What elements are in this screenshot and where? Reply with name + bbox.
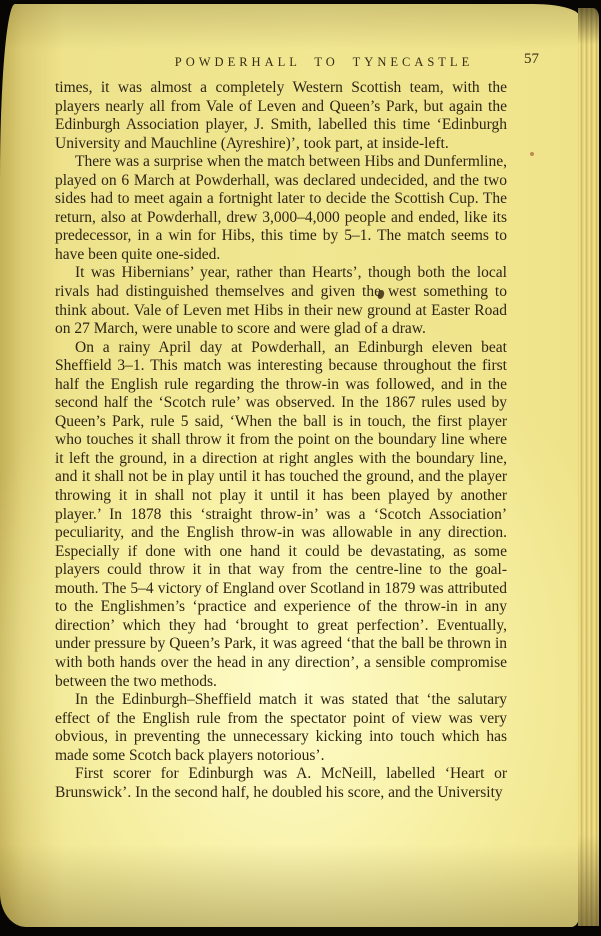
running-title: POWDERHALL TO TYNECASTLE (175, 55, 473, 69)
paragraph: First scorer for Edinburgh was A. McNeil… (55, 765, 507, 802)
paragraph: On a rainy April day at Powderhall, an E… (55, 339, 507, 691)
paragraph: It was Hibernians’ year, rather than Hea… (55, 264, 507, 338)
red-speck (530, 152, 534, 156)
page-body: times, it was almost a completely Wester… (55, 79, 507, 802)
book-page: POWDERHALL TO TYNECASTLE 57 times, it wa… (0, 4, 579, 927)
paragraph: In the Edinburgh–Sheffield match it was … (55, 691, 507, 765)
page-edges-stack (578, 8, 599, 926)
paragraph: times, it was almost a completely Wester… (55, 79, 507, 153)
page-number: 57 (524, 51, 539, 68)
paragraph: There was a surprise when the match betw… (55, 153, 507, 264)
page-header: POWDERHALL TO TYNECASTLE (98, 53, 550, 71)
book-photo: POWDERHALL TO TYNECASTLE 57 times, it wa… (0, 0, 601, 936)
